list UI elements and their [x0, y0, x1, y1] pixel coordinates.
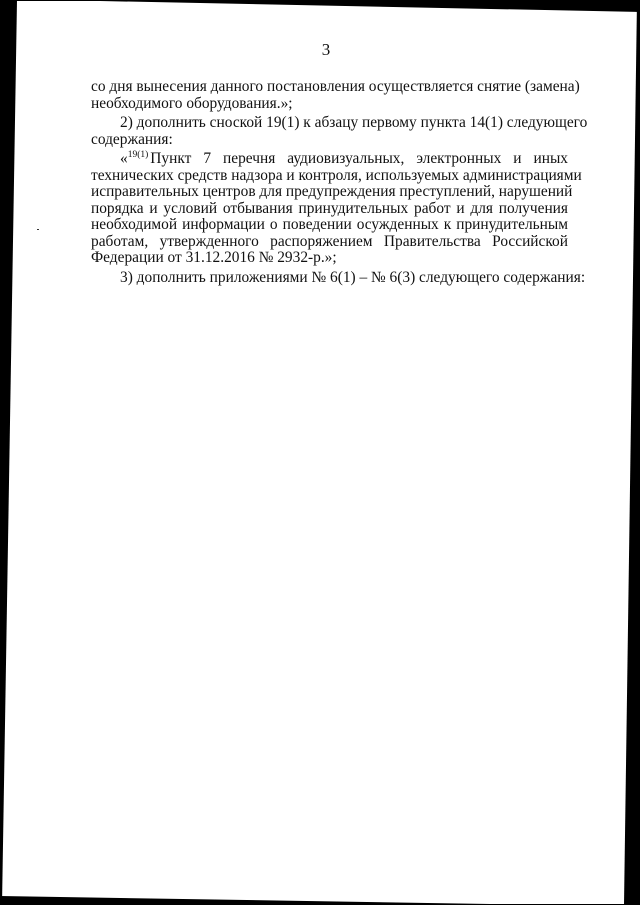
scan-border-top [0, 0, 640, 13]
text-line: 2) дополнить сноской 19(1) к абзацу перв… [91, 115, 568, 132]
text-line: работам, утвержденного распоряжением Пра… [91, 234, 568, 251]
paragraph-item-2: 2) дополнить сноской 19(1) к абзацу перв… [91, 115, 568, 148]
footnote-marker: 19(1) [128, 150, 149, 160]
text-line: со дня вынесения данного постановления о… [91, 79, 568, 96]
scan-border-right [624, 0, 640, 905]
open-quote: « [120, 150, 128, 167]
text-line: порядка и условий отбывания принудительн… [91, 201, 568, 218]
page-number: 3 [0, 40, 640, 60]
paragraph-continuation: со дня вынесения данного постановления о… [91, 79, 568, 112]
text-line: необходимого оборудования.»; [91, 96, 568, 113]
text-segment: Пункт 7 перечня аудиовизуальных, электро… [150, 150, 568, 167]
text-line-footnote-start: «19(1)Пункт 7 перечня аудиовизуальных, э… [91, 151, 568, 168]
text-line: исправительных центров для предупреждени… [91, 184, 568, 201]
paragraph-footnote-text: «19(1)Пункт 7 перечня аудиовизуальных, э… [91, 151, 568, 267]
scan-border-left [0, 0, 18, 905]
document-body: со дня вынесения данного постановления о… [91, 79, 568, 286]
scan-speck [37, 229, 39, 230]
text-line: содержания: [91, 132, 568, 149]
scan-border-bottom [0, 895, 640, 905]
text-line: технических средств надзора и контроля, … [91, 168, 568, 185]
text-line: необходимой информации о поведении осужд… [91, 217, 568, 234]
paragraph-item-3: 3) дополнить приложениями № 6(1) – № 6(3… [91, 270, 568, 287]
text-line: 3) дополнить приложениями № 6(1) – № 6(3… [91, 270, 568, 287]
text-line: Федерации от 31.12.2016 № 2932-р.»; [91, 250, 568, 267]
